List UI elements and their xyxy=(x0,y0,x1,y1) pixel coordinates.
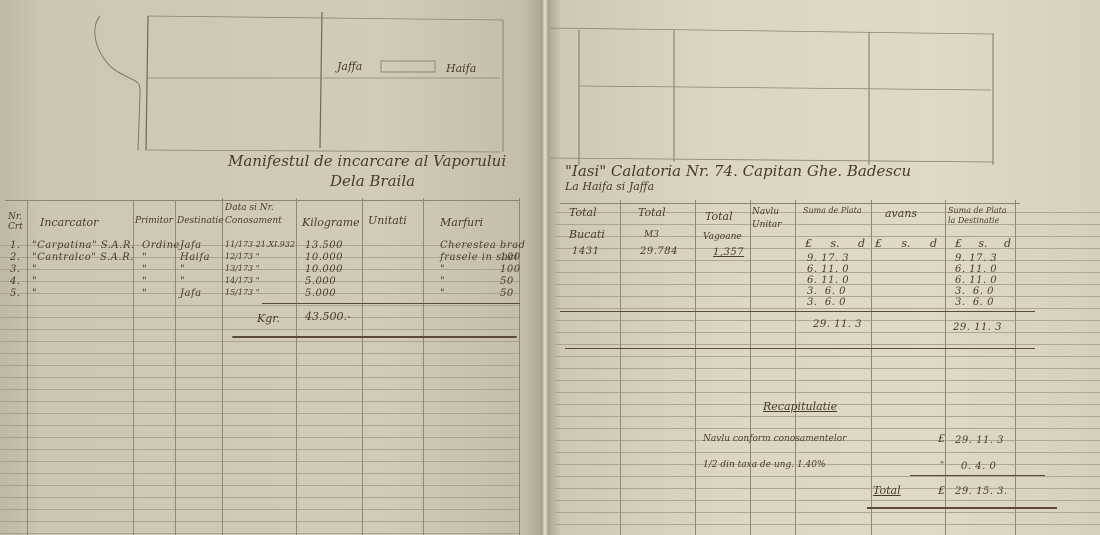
ruled-line xyxy=(0,521,520,522)
manifest-cell-marfuri: " xyxy=(440,288,445,299)
ruled-line xyxy=(555,308,1100,309)
ruled-line xyxy=(0,401,520,402)
avans-currency-header: £ s. d xyxy=(875,237,937,250)
payment-cell-suma_dest: 6. 11. 0 xyxy=(955,275,997,286)
ruled-line xyxy=(0,305,520,306)
shilling-label: s. xyxy=(830,237,839,250)
recap-line1-currency: £ xyxy=(938,432,945,445)
ruled-line xyxy=(555,464,1100,465)
payment-cell-suma: 9. 17. 3 xyxy=(807,253,849,264)
col-header-bucati: Bucati xyxy=(569,228,605,241)
manifest-cell-data: 15/173 " xyxy=(225,288,259,297)
manifest-cell-primitor: " xyxy=(142,276,147,287)
col-header-navlu-top: Navlu xyxy=(752,207,779,217)
ruled-line xyxy=(555,428,1100,429)
manifest-cell-primitor: " xyxy=(142,264,147,275)
col-header-nr: Nr. Crt xyxy=(8,212,28,232)
manifest-cell-kg: 5.000 xyxy=(305,288,336,299)
ruled-line xyxy=(0,533,520,534)
manifest-cell-marfuri: " xyxy=(440,264,445,275)
book-gutter xyxy=(541,0,549,535)
ruled-line xyxy=(0,341,520,342)
ruled-line xyxy=(555,524,1100,525)
ruled-line xyxy=(0,329,520,330)
total-vagoane: 1,357 xyxy=(713,247,744,258)
manifest-cell-marfuri_qty: 100 xyxy=(500,252,521,263)
manifest-cell-kg: 10.000 xyxy=(305,264,343,275)
col-header-data: Data si Nr. Conosament xyxy=(225,202,295,228)
ruled-line xyxy=(555,488,1100,489)
manifest-cell-marfuri: " xyxy=(440,276,445,287)
manifest-cell-data: 11/173 21.XI.932 xyxy=(225,240,295,249)
ruled-line xyxy=(0,425,520,426)
ruled-line xyxy=(0,437,520,438)
col-header-vagoane: Vagoane xyxy=(703,232,742,242)
total-bucati: 1431 xyxy=(572,246,599,257)
manifest-cell-nr: 2. xyxy=(10,252,21,263)
shilling-label: s. xyxy=(978,237,987,250)
payment-cell-suma: 6. 11. 0 xyxy=(807,264,849,275)
manifest-cell-kg: 5.000 xyxy=(305,276,336,287)
pound-label: £ xyxy=(805,237,812,250)
manifest-cell-incarcator: " xyxy=(32,276,37,287)
ruled-line xyxy=(555,224,1100,225)
payment-cell-suma: 6. 11. 0 xyxy=(807,275,849,286)
sketch-label-haifa: Haifa xyxy=(446,62,476,75)
ruled-line xyxy=(555,380,1100,381)
recap-line2-label: 1/2 din taxa de ung. 1.40% xyxy=(703,460,826,470)
recap-line2-value: 0. 4. 0 xyxy=(961,461,996,472)
manifest-cell-primitor: " xyxy=(142,288,147,299)
recap-total-label: Total xyxy=(873,484,901,497)
shilling-label: s. xyxy=(901,237,910,250)
ruled-line xyxy=(0,509,520,510)
manifest-cell-destinatie: " xyxy=(180,276,185,287)
manifest-cell-incarcator: "Carpatina" S.A.R. xyxy=(32,240,135,251)
pound-label: £ xyxy=(955,237,962,250)
manifest-title: Manifestul de incarcare al Vaporului xyxy=(228,152,506,170)
ruled-line xyxy=(0,473,520,474)
ruled-line xyxy=(555,512,1100,513)
col-header-avans: avans xyxy=(885,207,917,220)
col-header-unitati: Unitati xyxy=(368,214,407,227)
suma-total: 29. 11. 3 xyxy=(813,319,862,330)
manifest-cell-marfuri_qty: 100 xyxy=(500,264,521,275)
suma-dest-currency-header: £ s. d xyxy=(955,237,1011,250)
ruled-line xyxy=(0,449,520,450)
pence-label: d xyxy=(858,237,865,250)
col-header-m3-top: Total xyxy=(638,206,666,219)
ruled-line xyxy=(0,485,520,486)
recap-line2-currency: " xyxy=(940,461,944,471)
col-header-m3: M3 xyxy=(644,230,659,240)
total-m3: 29.784 xyxy=(640,246,678,257)
col-header-primitor: Primitor xyxy=(135,216,173,226)
manifest-cell-nr: 4. xyxy=(10,276,21,287)
col-header-kilograme: Kilograme xyxy=(302,216,360,229)
manifest-cell-incarcator: "Cantralco" S.A.R. xyxy=(32,252,134,263)
voyage-route: La Haifa si Jaffa xyxy=(565,180,654,193)
ruled-line xyxy=(555,344,1100,345)
payment-cell-suma_dest: 3. 6. 0 xyxy=(955,286,994,297)
payment-cell-suma_dest: 3. 6. 0 xyxy=(955,297,994,308)
manifest-cell-destinatie: Haifa xyxy=(180,252,210,263)
col-header-suma-dest: la Destinatie xyxy=(948,216,999,225)
suma-currency-header: £ s. d xyxy=(805,237,865,250)
recap-total-currency: £ xyxy=(938,484,945,497)
ruled-line xyxy=(0,389,520,390)
ruled-line xyxy=(555,392,1100,393)
manifest-cell-incarcator: " xyxy=(32,264,37,275)
col-header-vagoane-top: Total xyxy=(705,210,733,223)
manifest-cell-nr: 5. xyxy=(10,288,21,299)
suma-dest-total: 29. 11. 3 xyxy=(953,322,1002,333)
total-kg-value: 43.500.- xyxy=(305,310,351,323)
payment-cell-suma: 3. 6. 0 xyxy=(807,286,846,297)
ruled-line xyxy=(555,368,1100,369)
manifest-origin: Dela Braila xyxy=(330,172,415,190)
manifest-cell-primitor: " xyxy=(142,252,147,263)
col-header-destinatie: Destinatie xyxy=(177,216,224,226)
recap-total-value: 29. 15. 3. xyxy=(955,486,1008,497)
recap-title: Recapitulatie xyxy=(763,400,837,413)
pound-label: £ xyxy=(875,237,882,250)
manifest-cell-destinatie: Jafa xyxy=(180,240,202,251)
col-header-incarcator: Incarcator xyxy=(40,216,98,229)
ruled-line xyxy=(555,500,1100,501)
ruled-line xyxy=(0,497,520,498)
pence-label: d xyxy=(930,237,937,250)
ruled-line xyxy=(0,365,520,366)
payment-cell-suma_dest: 6. 11. 0 xyxy=(955,264,997,275)
col-header-bucati-top: Total xyxy=(569,206,597,219)
manifest-cell-marfuri_qty: 50 xyxy=(500,276,514,287)
manifest-cell-destinatie: " xyxy=(180,264,185,275)
manifest-cell-incarcator: " xyxy=(32,288,37,299)
ruled-line xyxy=(0,461,520,462)
ruled-line xyxy=(555,452,1100,453)
ledger-book: Jaffa Haifa Manifestul de incarcare al V… xyxy=(0,0,1100,535)
manifest-cell-kg: 13.500 xyxy=(305,240,343,251)
manifest-cell-kg: 10.000 xyxy=(305,252,343,263)
manifest-cell-nr: 3. xyxy=(10,264,21,275)
recap-line1-label: Navlu conform conosamentelor xyxy=(703,434,846,444)
manifest-cell-marfuri: Cherestea brad xyxy=(440,240,525,251)
manifest-cell-data: 12/173 " xyxy=(225,252,259,261)
left-page: Jaffa Haifa Manifestul de incarcare al V… xyxy=(0,0,545,535)
col-header-suma: Suma de Plata xyxy=(803,206,862,215)
recap-line1-value: 29. 11. 3 xyxy=(955,435,1004,446)
manifest-cell-data: 14/173 " xyxy=(225,276,259,285)
ruled-line xyxy=(0,377,520,378)
payment-cell-suma: 3. 6. 0 xyxy=(807,297,846,308)
sketch-label-jaffa: Jaffa xyxy=(337,60,362,73)
manifest-cell-destinatie: Jafa xyxy=(180,288,202,299)
manifest-cell-marfuri_qty: 50 xyxy=(500,288,514,299)
pence-label: d xyxy=(1004,237,1011,250)
total-kg-label: Kgr. xyxy=(257,312,280,325)
manifest-cell-primitor: Ordine xyxy=(142,240,180,251)
payment-cell-suma_dest: 9. 17. 3 xyxy=(955,253,997,264)
ruled-line xyxy=(555,332,1100,333)
manifest-cell-nr: 1. xyxy=(10,240,21,251)
col-header-marfuri: Marfuri xyxy=(440,216,483,229)
ruled-line xyxy=(555,356,1100,357)
col-header-suma-dest-top: Suma de Plata xyxy=(948,206,1007,215)
ruled-line xyxy=(555,416,1100,417)
col-header-navlu: Unitar xyxy=(752,220,782,230)
manifest-cell-data: 13/173 " xyxy=(225,264,259,273)
ruled-line xyxy=(0,413,520,414)
ruled-line xyxy=(555,476,1100,477)
voyage-title: "Iasi" Calatoria Nr. 74. Capitan Ghe. Ba… xyxy=(565,162,911,180)
ruled-line xyxy=(0,353,520,354)
right-page: "Iasi" Calatoria Nr. 74. Capitan Ghe. Ba… xyxy=(545,0,1100,535)
